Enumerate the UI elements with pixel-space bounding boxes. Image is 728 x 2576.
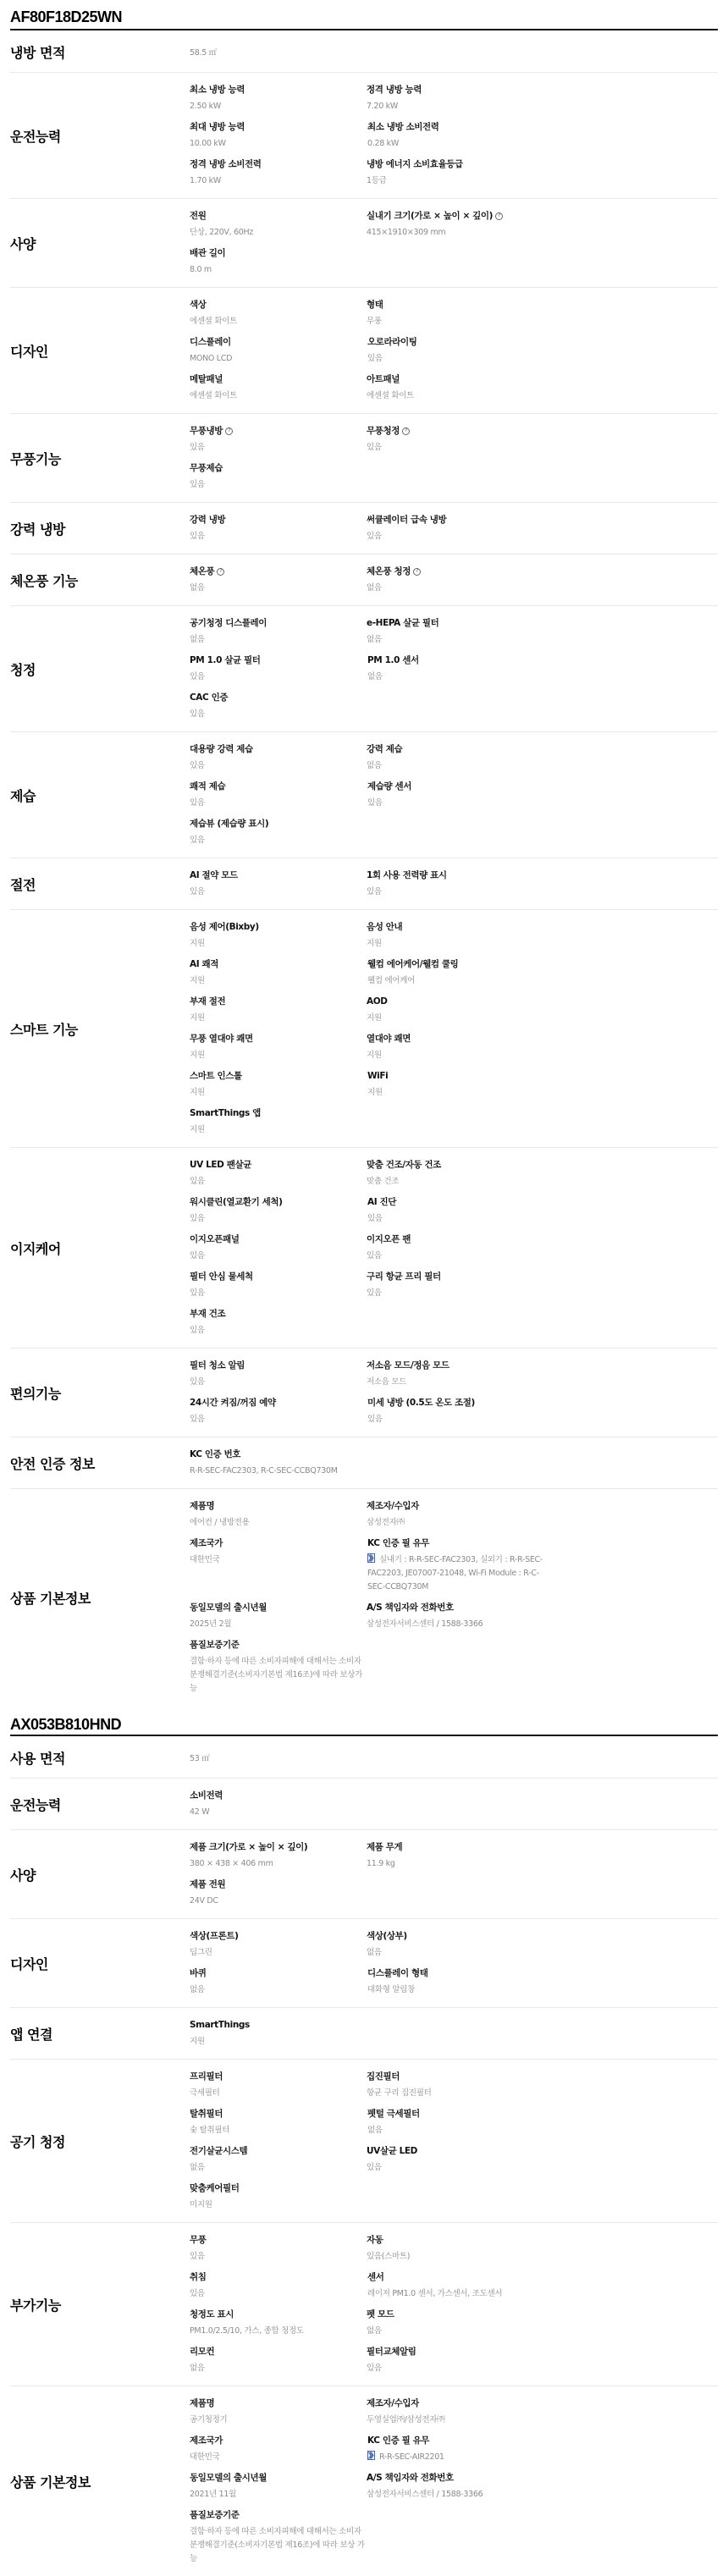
spec-item: AI 쾌적지원 [190, 958, 367, 988]
spec-item-label: e-HEPA 살균 필터 [367, 617, 438, 629]
spec-item-value-text: PM1.0/2.5/10, 가스, 종합 청정도 [190, 2326, 304, 2336]
spec-values: 제품명에어컨 / 냉방전용제조자/수입자삼성전자㈜제조국가대한민국KC 인증 필… [190, 1500, 718, 1696]
spec-item-label: WiFi [367, 1070, 388, 1082]
spec-item: 제품 전원24V DC [190, 1878, 367, 1908]
spec-item-value-text: 레이저 PM1.0 센서, 가스센서, 조도센서 [367, 2289, 502, 2298]
spec-item: 정격 냉방 소비전력1.70 kW [190, 158, 367, 188]
spec-item-name: 필터 청소 알림 [190, 1360, 367, 1371]
spec-row: 사양전원단상, 220V, 60Hz실내기 크기(가로 × 높이 × 깊이)?4… [10, 199, 718, 288]
spec-item-label: 24시간 켜짐/꺼짐 예약 [190, 1397, 276, 1409]
spec-item-value: 있음 [190, 1324, 367, 1338]
spec-item: 제습뷰 (제습량 표시)있음 [190, 818, 367, 847]
spec-item-value-text: 있음 [190, 887, 205, 896]
spec-item-label: 냉방 에너지 소비효율등급 [367, 158, 463, 170]
spec-item-name: 아트패널 [367, 373, 544, 385]
spec-item-value-text: 지원 [367, 1088, 383, 1097]
spec-item: 무풍청정?있음 [367, 425, 543, 455]
spec-item-value-text: 있음 [367, 1415, 383, 1424]
spec-item-value-text: 에센셜 화이트 [367, 391, 414, 400]
spec-item: 열대야 쾌면지원 [367, 1033, 543, 1062]
spec-item-label: 아트패널 [367, 373, 400, 385]
spec-item: 색상에센셜 화이트 [190, 299, 367, 328]
spec-item: 제품명공기청정기 [190, 2397, 367, 2427]
spec-item-name: 24시간 켜짐/꺼짐 예약 [190, 1397, 367, 1409]
spec-item-label: 체온풍 청정 [367, 565, 411, 577]
spec-comparison-page: AF80F18D25WN냉방 면적58.5 ㎡운전능력최소 냉방 능력2.50 … [10, 0, 718, 2576]
spec-item-label: UV LED 팬살균 [190, 1159, 251, 1171]
spec-item: 부재 절전지원 [190, 996, 367, 1025]
spec-item-label: 제품 무게 [367, 1841, 402, 1853]
spec-item-value: 삼성전자서비스센터 / 1588-3366 [367, 2488, 544, 2502]
spec-item-value: 10.00 kW [190, 137, 367, 151]
spec-item: 탈취필터숯 탈취필터 [190, 2108, 367, 2137]
spec-item-value-text: 24V DC [190, 1896, 218, 1906]
spec-item-value-text: 있음 [367, 1288, 382, 1298]
spec-item-label: KC 인증 필 유무 [367, 2435, 429, 2446]
spec-item-name: 동일모델의 출시년월 [190, 1602, 367, 1613]
spec-item-name: 배관 길이 [190, 247, 367, 259]
spec-item: 무풍냉방?있음 [190, 425, 367, 455]
spec-item-value: 없음 [190, 2161, 367, 2175]
spec-item-name: 색상(프론트) [190, 1930, 367, 1942]
spec-item-name: 이지오픈패널 [190, 1233, 367, 1245]
spec-item-label: 제조국가 [190, 2435, 223, 2446]
spec-item-value-text: 실내기 : R-R-SEC-FAC2303, 실외기 : R-R-SEC-FAC… [367, 1555, 543, 1591]
spec-row: 스마트 기능음성 제어(Bixby)지원음성 안내지원AI 쾌적지원웰컴 에어케… [10, 910, 718, 1148]
spec-values: UV LED 팬살균있음맞춤 건조/자동 건조맞춤 건조워시클린(열교환기 세척… [190, 1159, 718, 1338]
spec-item-name: KC 인증 필 유무 [367, 2435, 544, 2446]
product-model-title: AF80F18D25WN [10, 0, 718, 30]
spec-item: 전기살균시스템없음 [190, 2145, 367, 2175]
spec-item-name: UV살균 LED [367, 2145, 544, 2157]
spec-item-value-text: 있음 [190, 1251, 205, 1260]
spec-row: 강력 냉방강력 냉방있음써큘레이터 급속 냉방있음 [10, 503, 718, 554]
spec-item: 최소 냉방 소비전력0.28 kW [367, 121, 544, 151]
spec-item-value-text: 대한민국 [190, 2452, 220, 2462]
spec-item-value-text: 2025년 2월 [190, 1619, 231, 1629]
spec-item-value-text: 지원 [367, 939, 382, 948]
spec-item-label: 맞춤 건조/자동 건조 [367, 1159, 441, 1171]
spec-item-label: 대용량 강력 제습 [190, 743, 253, 755]
spec-item: 필터교체알림있음 [367, 2346, 543, 2375]
spec-item-label: 디스플레이 [190, 336, 231, 348]
spec-item-value-text: 있음 [190, 443, 205, 452]
spec-item-name: 형태 [367, 299, 543, 311]
spec-item-label: AOD [367, 996, 388, 1007]
spec-values: 제품 크기(가로 × 높이 × 깊이)380 × 438 × 406 mm제품 … [190, 1841, 718, 1908]
spec-item-value-text: 지원 [190, 1013, 205, 1023]
spec-item-value-text: 있음 [367, 354, 383, 363]
spec-item-label: 배관 길이 [190, 247, 225, 259]
spec-row: 청정공기청정 디스플레이없음e-HEPA 살균 필터없음PM 1.0 살균 필터… [10, 606, 718, 732]
spec-item-name: 제품 전원 [190, 1878, 367, 1890]
spec-item-name: 청정도 표시 [190, 2308, 367, 2320]
spec-item-value: 있음 [190, 759, 367, 773]
spec-item-value-text: 없음 [190, 583, 205, 593]
spec-item-value-text: 있음 [190, 1326, 205, 1335]
spec-item-label: 정격 냉방 소비전력 [190, 158, 261, 170]
spec-item-name: 품질보증기준 [190, 2509, 367, 2521]
spec-item-value: 42 W [190, 1806, 367, 1819]
spec-row: 냉방 면적58.5 ㎡ [10, 30, 718, 73]
spec-item-name: AI 쾌적 [190, 958, 367, 970]
spec-item-value-text: 에어컨 / 냉방전용 [190, 1518, 249, 1527]
spec-item-value-text: 지원 [190, 1125, 205, 1134]
spec-values: 색상에센셜 화이트형태무풍디스플레이MONO LCD오로라라이팅있음메탈패널에센… [190, 299, 718, 403]
spec-item-name: A/S 책임자와 전화번호 [367, 1602, 544, 1613]
spec-item-label: 맞춤케어필터 [190, 2182, 239, 2194]
spec-item: 저소음 모드/정음 모드저소음 모드 [367, 1360, 543, 1389]
spec-item-name: 제품명 [190, 2397, 367, 2409]
spec-item-name: 정격 냉방 능력 [367, 84, 543, 96]
spec-category-label: 사양 [10, 210, 190, 277]
spec-item-value-text: 있음 [190, 2252, 205, 2261]
spec-item: 메탈패널에센셜 화이트 [190, 373, 367, 403]
spec-item: 강력 냉방있음 [190, 514, 367, 543]
spec-item-label: 무풍 [190, 2234, 207, 2246]
spec-item-value-text: 있음 [190, 836, 205, 845]
spec-category-label: 제습 [10, 743, 190, 847]
spec-item-name: 제품명 [190, 1500, 367, 1512]
spec-item-label: AI 절약 모드 [190, 869, 238, 881]
spec-values: 소비전력42 W [190, 1790, 718, 1819]
spec-row: 디자인색상(프론트)딥그린색상(상부)없음바퀴없음디스플레이 형태대화형 알림창 [10, 1919, 718, 2008]
spec-item-value-text: 있음 [190, 1415, 205, 1424]
spec-category-label: 운전능력 [10, 84, 190, 188]
spec-item: 대용량 강력 제습있음 [190, 743, 367, 773]
spec-item-name: 소비전력 [190, 1790, 367, 1801]
spec-item-value: 결함·하자 등에 따른 소비자피해에 대해서는 소비자분쟁해결기준(소비자기본법… [190, 2525, 367, 2566]
spec-item-label: 센서 [367, 2271, 384, 2283]
kc-certification-icon [367, 1553, 375, 1563]
spec-item-label: 공기청정 디스플레이 [190, 617, 267, 629]
spec-item-name: 쾌적 제습 [190, 781, 367, 792]
spec-item-label: 최소 냉방 능력 [190, 84, 245, 96]
spec-item: 오로라라이팅있음 [367, 336, 544, 366]
spec-item-name: 센서 [367, 2271, 544, 2283]
spec-row: 안전 인증 정보KC 인증 번호R-R-SEC-FAC2303, R-C-SEC… [10, 1437, 718, 1489]
spec-item-value: 있음(스마트) [367, 2250, 543, 2264]
spec-item-value-text: 에센셜 화이트 [190, 317, 237, 326]
spec-item-name: A/S 책임자와 전화번호 [367, 2472, 544, 2484]
spec-item: 최대 냉방 능력10.00 kW [190, 121, 367, 151]
spec-item: 전원단상, 220V, 60Hz [190, 210, 367, 240]
spec-item-name: 제조국가 [190, 1537, 367, 1549]
spec-item-value-text: 지원 [190, 976, 205, 985]
spec-item-name: 오로라라이팅 [367, 336, 544, 348]
spec-item: 제품명에어컨 / 냉방전용 [190, 1500, 367, 1530]
spec-item: CAC 인증있음 [190, 692, 367, 721]
spec-item-label: SmartThings [190, 2019, 250, 2031]
spec-item-label: 메탈패널 [190, 373, 223, 385]
spec-item-value-text: 42 W [190, 1807, 209, 1817]
spec-item-label: 청정도 표시 [190, 2308, 234, 2320]
spec-item: 동일모델의 출시년월2025년 2월 [190, 1602, 367, 1631]
spec-values: 무풍있음자동있음(스마트)취침있음센서레이저 PM1.0 센서, 가스센서, 조… [190, 2234, 718, 2375]
spec-item: 펫털 극세필터없음 [367, 2108, 544, 2137]
spec-item-name: 부재 절전 [190, 996, 367, 1007]
spec-item-name: 제습뷰 (제습량 표시) [190, 818, 367, 830]
spec-item-label: 전기살균시스템 [190, 2145, 247, 2157]
spec-row: 상품 기본정보제품명공기청정기제조자/수입자두영실업㈜/삼성전자㈜제조국가대한민… [10, 2386, 718, 2576]
spec-values: 최소 냉방 능력2.50 kW정격 냉방 능력7.20 kW최대 냉방 능력10… [190, 84, 718, 188]
spec-item-name: 제조국가 [190, 2435, 367, 2446]
spec-item-value-text: 있음 [367, 532, 382, 541]
spec-item-name: 펫 모드 [367, 2308, 544, 2320]
spec-item-value-text: 지원 [190, 2037, 205, 2046]
spec-item: 필터 안심 물세척있음 [190, 1271, 367, 1300]
spec-item-value-text: 있음 [367, 798, 383, 808]
spec-item-value: 11.9 kg [367, 1857, 543, 1871]
spec-item-label: 제습량 센서 [367, 781, 411, 792]
spec-item-value-text: 있음 [367, 2163, 382, 2172]
spec-item: 미세 냉방 (0.5도 온도 조절)있음 [367, 1397, 544, 1426]
spec-item-value-text: 단상, 220V, 60Hz [190, 228, 253, 237]
spec-item-value-text: 있음 [190, 798, 205, 808]
spec-item-value-text: 없음 [367, 2326, 382, 2336]
spec-item-value-text: 미지원 [190, 2200, 212, 2209]
spec-item-label: 음성 안내 [367, 921, 402, 933]
spec-item-value: 삼성전자㈜ [367, 1516, 543, 1530]
spec-item-value-text: 없음 [367, 761, 382, 770]
spec-item: 웰컴 에어케어/웰컴 쿨링웰컴 에어케어 [367, 958, 544, 988]
spec-item: A/S 책임자와 전화번호삼성전자서비스센터 / 1588-3366 [367, 2472, 544, 2502]
spec-item-value: 대한민국 [190, 2451, 367, 2464]
spec-item-value: 380 × 438 × 406 mm [190, 1857, 367, 1871]
spec-item-label: 제습뷰 (제습량 표시) [190, 818, 268, 830]
spec-item-label: KC 인증 번호 [190, 1448, 240, 1460]
spec-item-value: 미지원 [190, 2198, 367, 2212]
spec-item-value: 에센셜 화이트 [190, 389, 367, 403]
spec-item-value-text: 있음 [190, 480, 205, 489]
spec-item-value: 지원 [367, 1012, 544, 1025]
spec-item-name: AI 절약 모드 [190, 869, 367, 881]
spec-item-value-text: 없음 [367, 1948, 382, 1957]
spec-item: 24시간 켜짐/꺼짐 예약있음 [190, 1397, 367, 1426]
spec-values: 강력 냉방있음써큘레이터 급속 냉방있음 [190, 514, 718, 543]
product-spec-section: AX053B810HND사용 면적53 ㎡운전능력소비전력42 W사양제품 크기… [10, 1706, 718, 2576]
spec-item: KC 인증 필 유무실내기 : R-R-SEC-FAC2303, 실외기 : R… [367, 1537, 544, 1594]
spec-item-name: 제조자/수입자 [367, 1500, 543, 1512]
spec-item: 청정도 표시PM1.0/2.5/10, 가스, 종합 청정도 [190, 2308, 367, 2338]
spec-item-name: 취침 [190, 2271, 367, 2283]
spec-values: 프리필터극세필터집진필터항균 구리 집진필터탈취필터숯 탈취필터펫털 극세필터없… [190, 2071, 718, 2212]
spec-item-value-text: 있음 [190, 1288, 205, 1298]
spec-item-name: 동일모델의 출시년월 [190, 2472, 367, 2484]
help-icon[interactable]: ? [495, 212, 503, 220]
spec-item-value-text: 극세필터 [190, 2088, 220, 2098]
spec-item-value: 있음 [190, 478, 367, 492]
spec-item: 소비전력42 W [190, 1790, 367, 1819]
spec-item-label: 소비전력 [190, 1790, 223, 1801]
spec-item-value: 숯 탈취필터 [190, 2124, 367, 2137]
spec-item-name: 필터 안심 물세척 [190, 1271, 367, 1282]
spec-item-name: SmartThings [190, 2019, 367, 2031]
spec-value: 58.5 ㎡ [190, 46, 217, 58]
spec-item-value: 있음 [367, 797, 544, 810]
spec-item-value: 있음 [190, 2250, 367, 2264]
spec-item-value: 두영실업㈜/삼성전자㈜ [367, 2413, 543, 2427]
spec-item-label: 리모컨 [190, 2346, 214, 2358]
spec-item-value: 있음 [190, 1212, 367, 1226]
help-icon[interactable]: ? [413, 568, 421, 576]
help-icon[interactable]: ? [217, 568, 224, 576]
spec-item-value: 없음 [190, 1983, 367, 1997]
spec-row: 앱 연결SmartThings지원 [10, 2008, 718, 2060]
spec-item-label: 구리 항균 프리 필터 [367, 1271, 441, 1282]
spec-item-name: UV LED 팬살균 [190, 1159, 367, 1171]
spec-item-value-text: 지원 [190, 939, 205, 948]
spec-item-value: 없음 [367, 670, 544, 684]
spec-item-value: 웰컴 에어케어 [367, 974, 544, 988]
spec-item-value: 있음 [367, 2161, 544, 2175]
spec-category-label: 앱 연결 [10, 2019, 190, 2049]
spec-item-value-text: 없음 [367, 635, 382, 644]
spec-item: PM 1.0 센서없음 [367, 654, 544, 684]
spec-item-value-text: 숯 탈취필터 [190, 2126, 229, 2135]
spec-item-name: 메탈패널 [190, 373, 367, 385]
spec-item: 취침있음 [190, 2271, 367, 2301]
spec-item-name: PM 1.0 센서 [367, 654, 544, 666]
spec-item-value: 레이저 PM1.0 센서, 가스센서, 조도센서 [367, 2287, 544, 2301]
spec-item-value: 7.20 kW [367, 100, 543, 113]
spec-item-value-text: 없음 [367, 2126, 383, 2135]
spec-item: 음성 제어(Bixby)지원 [190, 921, 367, 951]
spec-item: 품질보증기준결함·하자 등에 따른 소비자피해에 대해서는 소비자분쟁해결기준(… [190, 2509, 367, 2566]
spec-item-label: 제품명 [190, 2397, 214, 2409]
spec-item: 아트패널에센셜 화이트 [367, 373, 544, 403]
spec-item-name: KC 인증 번호 [190, 1448, 367, 1460]
spec-row: 운전능력소비전력42 W [10, 1779, 718, 1830]
spec-item-value: 없음 [367, 1946, 543, 1960]
spec-item: 센서레이저 PM1.0 센서, 가스센서, 조도센서 [367, 2271, 544, 2301]
spec-item-label: 동일모델의 출시년월 [190, 1602, 267, 1613]
spec-item: SmartThings지원 [190, 2019, 367, 2049]
spec-item-value: 있음 [367, 352, 544, 366]
spec-item-name: 최소 냉방 소비전력 [367, 121, 544, 133]
spec-item-value-text: 없음 [190, 1985, 205, 1994]
spec-item: e-HEPA 살균 필터없음 [367, 617, 543, 647]
spec-item: 제습량 센서있음 [367, 781, 544, 810]
spec-values: 필터 청소 알림있음저소음 모드/정음 모드저소음 모드24시간 켜짐/꺼짐 예… [190, 1360, 718, 1426]
spec-item-label: 품질보증기준 [190, 2509, 239, 2521]
spec-item-label: PM 1.0 살균 필터 [190, 654, 260, 666]
spec-item-value: 결함·하자 등에 따른 소비자피해에 대해서는 소비자분쟁해결기준(소비자기본법… [190, 1655, 367, 1696]
spec-item-label: AI 진단 [367, 1196, 396, 1208]
spec-item: 형태무풍 [367, 299, 543, 328]
spec-item-name: 워시클린(열교환기 세척) [190, 1196, 367, 1208]
spec-item: 써큘레이터 급속 냉방있음 [367, 514, 543, 543]
spec-item-name: 강력 냉방 [190, 514, 367, 526]
spec-item-value-text: 있음 [190, 709, 205, 719]
spec-item-value-text: 없음 [190, 2364, 205, 2373]
spec-item-label: 쾌적 제습 [190, 781, 225, 792]
spec-item-value-text: 7.20 kW [367, 102, 398, 111]
spec-item-value: 있음 [367, 2362, 543, 2375]
spec-category-label: 상품 기본정보 [10, 1500, 190, 1696]
spec-item-label: 제조자/수입자 [367, 1500, 419, 1512]
spec-item-value: 대화형 알림창 [367, 1983, 544, 1997]
spec-row: 절전AI 절약 모드있음1회 사용 전력량 표시있음 [10, 858, 718, 910]
spec-item: 무풍 열대야 쾌면지원 [190, 1033, 367, 1062]
spec-item-value-text: 있음 [190, 2289, 205, 2298]
spec-item-label: 웰컴 에어케어/웰컴 쿨링 [367, 958, 458, 970]
spec-item-value-text: 삼성전자서비스센터 / 1588-3366 [367, 2490, 483, 2499]
spec-item-value-text: MONO LCD [190, 354, 232, 363]
spec-item-value-text: 있음 [190, 1214, 205, 1223]
spec-item: 무풍있음 [190, 2234, 367, 2264]
spec-item-label: 품질보증기준 [190, 1639, 239, 1651]
spec-item-name: 무풍제습 [190, 462, 367, 474]
spec-values: 58.5 ㎡ [190, 41, 718, 62]
spec-values: 전원단상, 220V, 60Hz실내기 크기(가로 × 높이 × 깊이)?415… [190, 210, 718, 277]
spec-item-value-text: 있음 [190, 1377, 205, 1387]
spec-item-value: 2021년 11월 [190, 2488, 367, 2502]
spec-item-label: 자동 [367, 2234, 383, 2246]
help-icon[interactable]: ? [225, 427, 233, 435]
spec-item: 맞춤 건조/자동 건조맞춤 건조 [367, 1159, 543, 1189]
spec-item-label: 스마트 인스톨 [190, 1070, 242, 1082]
spec-item: 동일모델의 출시년월2021년 11월 [190, 2472, 367, 2502]
spec-item: AI 절약 모드있음 [190, 869, 367, 899]
spec-item-label: 실내기 크기(가로 × 높이 × 깊이) [367, 210, 493, 222]
spec-item-name: 제품 크기(가로 × 높이 × 깊이) [190, 1841, 367, 1853]
spec-values: 체온풍?없음체온풍 청정?없음 [190, 565, 718, 595]
spec-item-value: 지원 [190, 1123, 367, 1137]
spec-category-label: 절전 [10, 869, 190, 899]
spec-item-value-text: 결함·하자 등에 따른 소비자피해에 대해서는 소비자분쟁해결기준(소비자기본법… [190, 1657, 362, 1693]
spec-values: 53 ㎡ [190, 1747, 718, 1768]
spec-item-name: 품질보증기준 [190, 1639, 367, 1651]
spec-values: 공기청정 디스플레이없음e-HEPA 살균 필터없음PM 1.0 살균 필터있음… [190, 617, 718, 721]
spec-row: 편의기능필터 청소 알림있음저소음 모드/정음 모드저소음 모드24시간 켜짐/… [10, 1349, 718, 1437]
spec-category-label: 상품 기본정보 [10, 2397, 190, 2566]
spec-item-label: PM 1.0 센서 [367, 654, 419, 666]
spec-item-name: 디스플레이 형태 [367, 1967, 544, 1979]
spec-item-label: 색상(프론트) [190, 1930, 239, 1942]
spec-item-name: 바퀴 [190, 1967, 367, 1979]
spec-item-value: 있음 [367, 1413, 544, 1426]
spec-item-label: 최대 냉방 능력 [190, 121, 245, 133]
spec-item-label: 정격 냉방 능력 [367, 84, 422, 96]
spec-item-name: 열대야 쾌면 [367, 1033, 543, 1045]
spec-item: 강력 제습없음 [367, 743, 543, 773]
spec-item-value: 있음 [190, 2287, 367, 2301]
spec-item-value-text: 대한민국 [190, 1555, 220, 1564]
spec-item-value-text: 에센셜 화이트 [190, 391, 237, 400]
spec-item-label: A/S 책임자와 전화번호 [367, 2472, 454, 2484]
spec-category-label: 강력 냉방 [10, 514, 190, 543]
spec-values: 색상(프론트)딥그린색상(상부)없음바퀴없음디스플레이 형태대화형 알림창 [190, 1930, 718, 1997]
spec-item: 무풍제습있음 [190, 462, 367, 492]
spec-item-name: 부재 건조 [190, 1308, 367, 1320]
spec-item: 디스플레이MONO LCD [190, 336, 367, 366]
spec-item-value: 없음 [190, 633, 367, 647]
spec-item-value: 있음 [190, 670, 367, 684]
help-icon[interactable]: ? [402, 427, 410, 435]
spec-item-value-text: 없음 [367, 583, 382, 593]
spec-item-label: 강력 제습 [367, 743, 402, 755]
spec-item-value: 있음 [367, 1249, 544, 1263]
spec-item-value: 단상, 220V, 60Hz [190, 226, 367, 240]
spec-item-value: 무풍 [367, 315, 543, 328]
spec-item-value-text: 380 × 438 × 406 mm [190, 1859, 273, 1868]
spec-item-value: 지원 [190, 1086, 367, 1100]
spec-row: 무풍기능무풍냉방?있음무풍청정?있음무풍제습있음 [10, 414, 718, 503]
spec-item-value: 있음 [190, 1175, 367, 1189]
spec-item-value: 극세필터 [190, 2087, 367, 2100]
spec-item-label: 무풍냉방 [190, 425, 223, 437]
